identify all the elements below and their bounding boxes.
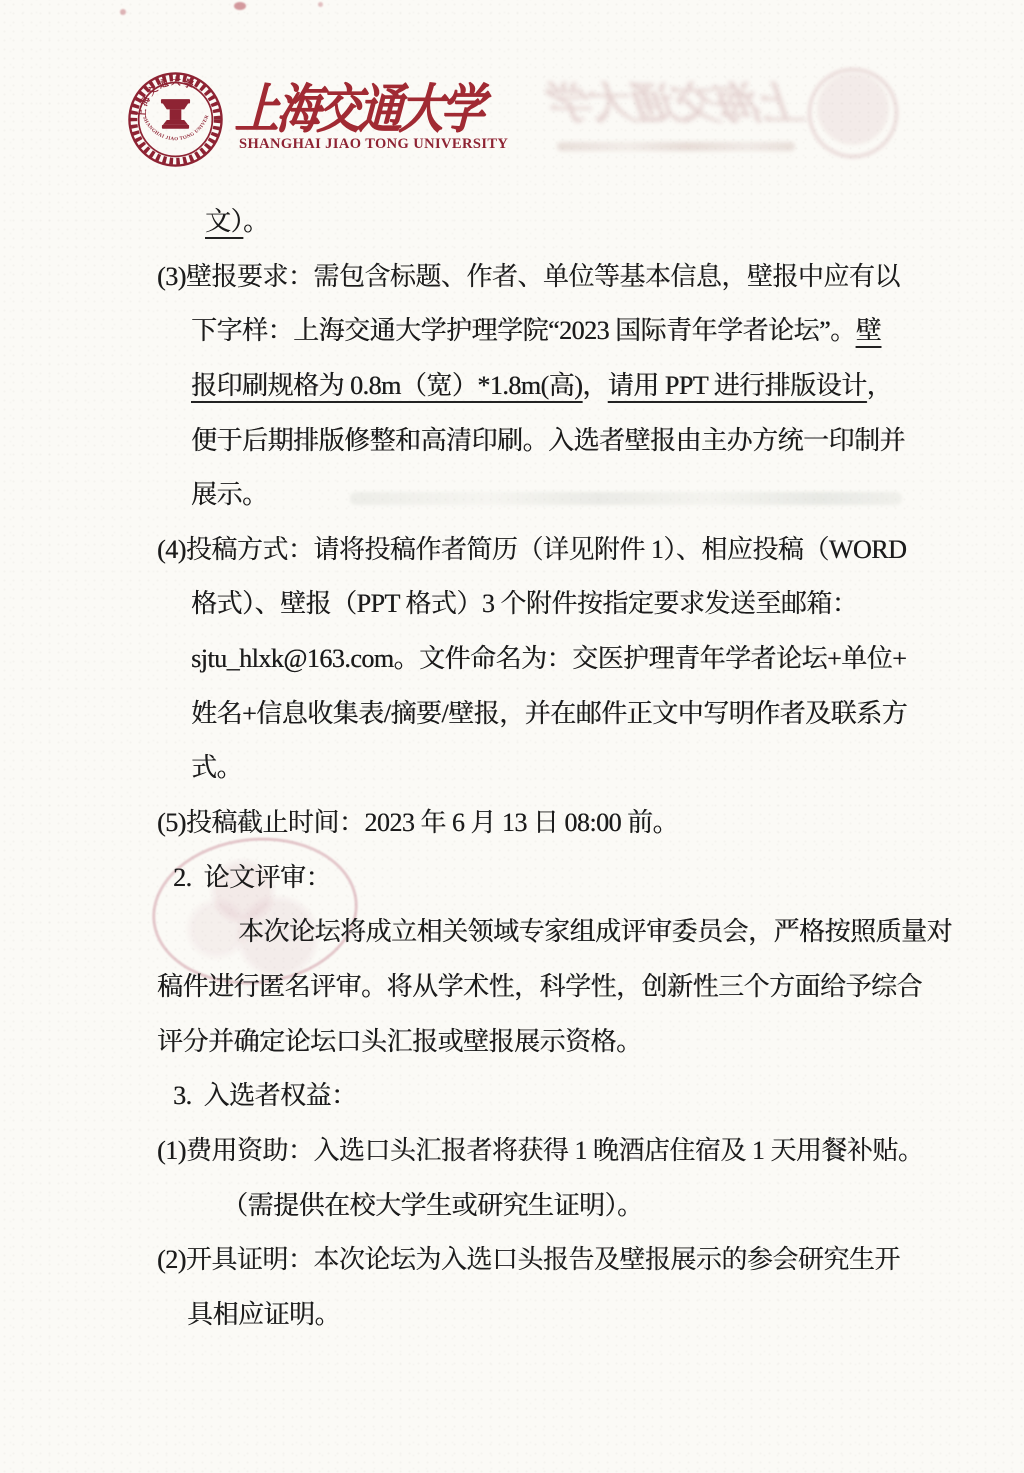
text-segment: 。 — [243, 207, 269, 236]
text-segment: ， — [582, 371, 608, 400]
text-line: 报印刷规格为 0.8m（宽）*1.8m(高)，请用 PPT 进行排版设计， — [0, 359, 1024, 414]
text-segment: 格式）、壁报（PPT 格式）3 个附件按指定要求发送至邮箱： — [191, 589, 857, 618]
text-segment: ， — [867, 371, 893, 400]
bleedthrough-text-smudge — [557, 142, 795, 151]
text-segment: 具相应证明。 — [187, 1300, 340, 1329]
text-line: 3. 入选者权益： — [0, 1069, 1024, 1124]
university-name-en: SHANGHAI JIAO TONG UNIVERSITY — [239, 136, 508, 153]
text-line: 具相应证明。 — [0, 1288, 1024, 1343]
university-name-cn: 上海交通大学 — [234, 66, 484, 143]
text-segment: 稿件进行匿名评审。将从学术性，科学性，创新性三个方面给予综合 — [157, 972, 922, 1001]
text-line: (3)壁报要求：需包含标题、作者、单位等基本信息，壁报中应有以 — [0, 250, 1024, 305]
text-line: 展示。 — [0, 468, 1024, 523]
text-segment: (5)投稿截止时间：2023 年 6 月 13 日 08:00 前。 — [157, 808, 678, 837]
text-segment: (2)开具证明：本次论坛为入选口头报告及壁报展示的参会研究生开 — [157, 1245, 900, 1274]
document-lines: 文）。(3)壁报要求：需包含标题、作者、单位等基本信息，壁报中应有以下字样：上海… — [0, 195, 1024, 1342]
svg-text:上海交通大學: 上海交通大學 — [135, 74, 197, 118]
scan-speck — [120, 9, 126, 15]
text-line: 评分并确定论坛口头汇报或壁报展示资格。 — [0, 1015, 1024, 1070]
anvil-icon — [161, 99, 190, 129]
seal-top-text: 上海交通大學 — [135, 74, 197, 118]
text-segment: (4)投稿方式：请将投稿作者简历（详见附件 1）、相应投稿（WORD — [157, 535, 906, 564]
text-line: 稿件进行匿名评审。将从学术性，科学性，创新性三个方面给予综合 — [0, 960, 1024, 1015]
text-line: 式。 — [0, 741, 1024, 796]
text-segment: 式。 — [191, 753, 242, 782]
text-line: 便于后期排版修整和高清印刷。入选者壁报由主办方统一印制并 — [0, 414, 1024, 469]
text-segment: 3. 入选者权益： — [173, 1081, 357, 1110]
text-segment: (1)费用资助：入选口头汇报者将获得 1 晚酒店住宿及 1 天用餐补贴。 — [157, 1136, 923, 1165]
underlined-text: 请用 PPT 进行排版设计 — [608, 371, 867, 400]
bleedthrough-logo-ghost: 上海交通大学 — [535, 62, 925, 177]
underlined-text: 文） — [205, 207, 243, 236]
text-segment: 评分并确定论坛口头汇报或壁报展示资格。 — [157, 1027, 642, 1056]
scan-speck — [234, 2, 246, 10]
page: 上海交通大学 上海交通大學 SHANGHAI JIAO TONG UNIVERS… — [0, 0, 1024, 1473]
text-line: 格式）、壁报（PPT 格式）3 个附件按指定要求发送至邮箱： — [0, 577, 1024, 632]
text-line: 姓名+信息收集表/摘要/壁报，并在邮件正文中写明作者及联系方 — [0, 687, 1024, 742]
text-line: (1)费用资助：入选口头汇报者将获得 1 晚酒店住宿及 1 天用餐补贴。 — [0, 1124, 1024, 1179]
text-line: (2)开具证明：本次论坛为入选口头报告及壁报展示的参会研究生开 — [0, 1233, 1024, 1288]
text-line: (5)投稿截止时间：2023 年 6 月 13 日 08:00 前。 — [0, 796, 1024, 851]
underlined-text: 壁 — [856, 316, 882, 345]
bleedthrough-calligraphy: 上海交通大学 — [550, 68, 808, 132]
text-line: (4)投稿方式：请将投稿作者简历（详见附件 1）、相应投稿（WORD — [0, 523, 1024, 578]
underlined-text: 报印刷规格为 0.8m（宽）*1.8m(高) — [191, 371, 582, 400]
text-line: 2. 论文评审： — [0, 851, 1024, 906]
text-segment: 下字样：上海交通大学护理学院“2023 国际青年学者论坛”。 — [191, 316, 856, 345]
text-line: 本次论坛将成立相关领域专家组成评审委员会，严格按照质量对 — [0, 905, 1024, 960]
text-segment: 2. 论文评审： — [173, 863, 331, 892]
sjtu-emblem-icon: 上海交通大學 SHANGHAI JIAO TONG UNIVERSITY — [127, 71, 224, 168]
text-segment: 姓名+信息收集表/摘要/壁报，并在邮件正文中写明作者及联系方 — [191, 699, 907, 728]
text-segment: 展示。 — [191, 480, 268, 509]
scan-speck — [318, 2, 323, 7]
text-segment: （需提供在校大学生或研究生证明）。 — [222, 1191, 643, 1220]
text-segment: 本次论坛将成立相关领域专家组成评审委员会，严格按照质量对 — [238, 917, 952, 946]
text-segment: (3)壁报要求：需包含标题、作者、单位等基本信息，壁报中应有以 — [157, 262, 900, 291]
text-line: 下字样：上海交通大学护理学院“2023 国际青年学者论坛”。壁 — [0, 304, 1024, 359]
text-segment: sjtu_hlxk@163.com。文件命名为：交医护理青年学者论坛+单位+ — [191, 644, 906, 673]
text-line: （需提供在校大学生或研究生证明）。 — [0, 1179, 1024, 1234]
bleedthrough-seal-icon — [808, 68, 898, 158]
text-segment: 便于后期排版修整和高清印刷。入选者壁报由主办方统一印制并 — [191, 426, 905, 455]
text-line: sjtu_hlxk@163.com。文件命名为：交医护理青年学者论坛+单位+ — [0, 632, 1024, 687]
text-line: 文）。 — [0, 195, 1024, 250]
